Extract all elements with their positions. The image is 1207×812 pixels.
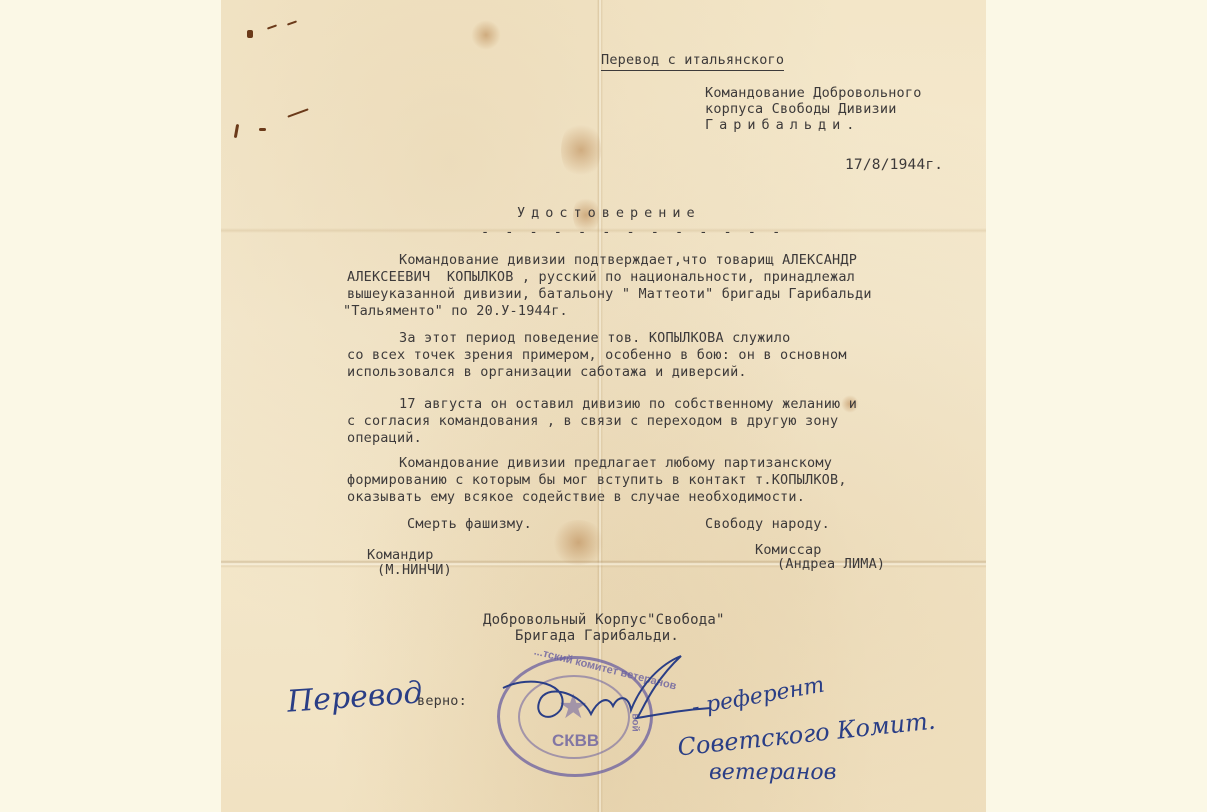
paragraph-3-line-2: с согласия командования , в связи с пере… — [347, 414, 838, 429]
paragraph-2-line-2: со всех точек зрения примером, особенно … — [347, 348, 847, 363]
stain — [551, 520, 606, 565]
issuer-line-2: корпуса Свободы Дивизии — [705, 102, 897, 117]
document-title: Удостоверение — [517, 206, 701, 221]
paragraph-1-line-4: "Тальяменто" по 20.У-1944г. — [343, 304, 568, 319]
paragraph-4-line-2: формированию с которым бы мог вступить в… — [347, 473, 847, 488]
commander-name: (М.НИНЧИ) — [377, 563, 452, 578]
ink-mark — [267, 24, 277, 29]
footer-line-2: Бригада Гарибальди. — [515, 629, 679, 644]
paragraph-4-line-1: Командование дивизии предлагает любому п… — [399, 456, 832, 471]
paragraph-3-line-1: 17 августа он оставил дивизию по собстве… — [399, 397, 857, 412]
document-page: Перевод с итальянского Командование Добр… — [221, 0, 986, 812]
stain — [471, 20, 501, 50]
signature-role-line-3: ветеранов — [709, 760, 836, 785]
title-underline-dashes: - - - - - - - - - - - - - — [481, 225, 784, 240]
translation-note: Перевод с итальянского — [601, 53, 784, 71]
stain — [561, 120, 601, 180]
ink-mark — [234, 124, 239, 138]
slogan-left: Смерть фашизму. — [407, 517, 532, 532]
ink-mark — [259, 128, 266, 131]
ink-mark — [287, 20, 297, 25]
paragraph-3-line-3: операций. — [347, 431, 422, 446]
paragraph-1-line-1: Командование дивизии подтверждает,что то… — [399, 253, 857, 268]
commissar-name: (Андреа ЛИМА) — [777, 557, 885, 572]
paragraph-2-line-3: использовался в организации саботажа и д… — [347, 365, 747, 380]
document-date: 17/8/1944г. — [845, 158, 943, 173]
paragraph-2-line-1: За этот период поведение тов. КОПЫЛКОВА … — [399, 331, 790, 346]
paragraph-1-line-3: вышеуказанной дивизии, батальону " Матте… — [347, 287, 872, 302]
certification-typed: верно: — [417, 694, 467, 709]
paragraph-1-line-2: АЛЕКСЕЕВИЧ КОПЫЛКОВ , русский по национа… — [347, 270, 855, 285]
ink-mark — [247, 30, 253, 38]
issuer-line-3: Гарибальди. — [705, 118, 860, 133]
paragraph-4-line-3: оказывать ему всякое содействие в случае… — [347, 490, 805, 505]
commander-label: Командир — [367, 548, 434, 563]
handwritten-translation: Перевод — [286, 675, 424, 719]
footer-line-1: Добровольный Корпус"Свобода" — [483, 613, 725, 628]
slogan-right: Свободу народу. — [705, 517, 830, 532]
ink-mark — [287, 108, 308, 117]
issuer-line-1: Командование Добровольного — [705, 86, 922, 101]
